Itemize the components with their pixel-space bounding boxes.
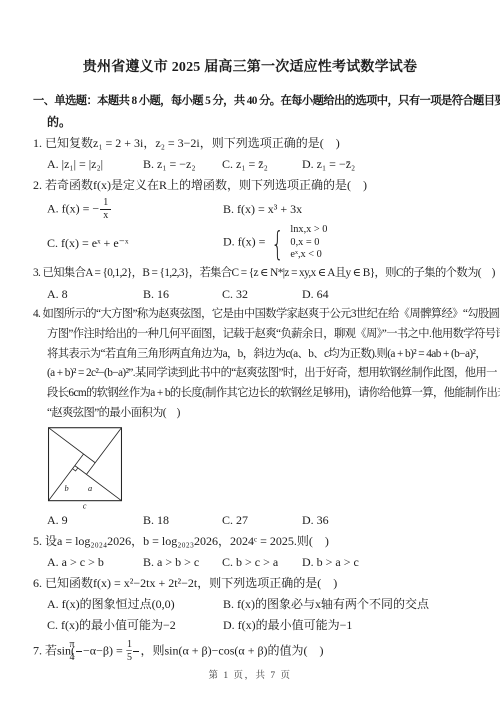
q4-option-d: D. 36 — [302, 510, 474, 531]
q6-option-b: B. f(x)的图象必与x轴有两个不同的交点 — [223, 594, 474, 615]
question-4-line2: 方图”作注时给出的一种几何平面图，记载于赵爽“负薪余日，聊观《周》”一书之中.他… — [47, 325, 474, 345]
q3-option-a: A. 8 — [47, 284, 143, 305]
question-2-options-cd: C. f(x) = eˣ + e⁻ˣ D. f(x) ={lnx,x > 00,… — [47, 223, 474, 263]
zhao-shuang-diagram-svg: b a c — [47, 426, 123, 510]
page-title: 贵州省遵义市 2025 届高三第一次适应性考试数学试卷 — [0, 0, 500, 78]
q6-option-a: A. f(x)的图象恒过点(0,0) — [47, 594, 223, 615]
q5-option-b: B. a > b > c — [143, 552, 222, 573]
question-7-text: 7. 若sin(π4−α−β) = −15，则sin(α + β)−cos(α … — [47, 639, 474, 664]
q1-option-d: D. z₁ = −z̄₂ — [302, 154, 474, 175]
q2-option-a: A. f(x) = −1x — [47, 197, 223, 222]
q1-option-b: B. z₁ = −z₂ — [143, 154, 222, 175]
leg-a-label: a — [88, 484, 92, 493]
question-1-text: 1. 已知复数z₁ = 2 + 3i，z₂ = 3−2i，则下列选项正确的是( … — [47, 133, 474, 154]
outer-square — [49, 428, 122, 501]
question-4-line3: 将其表示为“若直角三角形两直角边为a，b，斜边为c(a、b、c均为正数).则(a… — [47, 345, 474, 365]
exam-body: 一、单选题：本题共 8 小题，每小题 5 分，共 40 分。在每小题给出的选项中… — [0, 91, 500, 664]
question-5-text: 5. 设a = log₂₀₂₄2026，b = log₂₀₂₃2026，2024… — [47, 531, 474, 552]
page-footer: 第 1 页，共 7 页 — [0, 667, 500, 681]
hypotenuse-c-label: c — [83, 501, 87, 510]
q1-option-a: A. |z₁| = |z₂| — [47, 154, 143, 175]
zhao-shuang-diagram: b a c — [47, 426, 474, 510]
question-1-options: A. |z₁| = |z₂| B. z₁ = −z₂ C. z₁ = z̄₂ D… — [47, 154, 474, 175]
right-angle-mark — [73, 468, 78, 471]
q5-option-d: D. b > a > c — [302, 552, 474, 573]
q4-option-b: B. 18 — [143, 510, 222, 531]
section-header-line2: 的。 — [47, 112, 474, 133]
chord-line-2 — [86, 428, 121, 475]
q5-option-c: C. b > c > a — [222, 552, 302, 573]
q1-option-c: C. z₁ = z̄₂ — [222, 154, 302, 175]
chord-line-1 — [75, 465, 122, 500]
q3-option-b: B. 16 — [143, 284, 222, 305]
question-2-text: 2. 若奇函数f(x)是定义在R上的增函数，则下列选项正确的是( ) — [47, 175, 474, 196]
question-3-text: 3. 已知集合A = {0,1,2}，B = {1,2,3}，若集合C = {z… — [47, 263, 474, 284]
q2-option-c: C. f(x) = eˣ + e⁻ˣ — [47, 233, 223, 254]
q4-option-c: C. 27 — [222, 510, 302, 531]
question-4-line5: 段长6cm的软钢丝作为a + b的长度(制作其它边长的软钢丝足够用)，请你给他算… — [47, 384, 474, 404]
q6-option-c: C. f(x)的最小值可能为−2 — [47, 615, 223, 636]
q3-option-c: C. 32 — [222, 284, 302, 305]
question-6-text: 6. 已知函数f(x) = x²−2tx + 2t²−2t，则下列选项正确的是(… — [47, 573, 474, 594]
chord-line-4 — [49, 454, 84, 501]
q2-option-b: B. f(x) = x³ + 3x — [223, 199, 474, 220]
question-3-options: A. 8 B. 16 C. 32 D. 64 — [47, 284, 474, 305]
exam-paper-page: 贵州省遵义市 2025 届高三第一次适应性考试数学试卷 一、单选题：本题共 8 … — [0, 0, 500, 707]
question-5-options: A. a > c > b B. a > b > c C. b > c > a D… — [47, 552, 474, 573]
q3-option-d: D. 64 — [302, 284, 474, 305]
question-2-options-ab: A. f(x) = −1x B. f(x) = x³ + 3x — [47, 196, 474, 223]
q2-option-d: D. f(x) ={lnx,x > 00,x = 0eˣ,x < 0 — [223, 224, 474, 262]
chord-line-3 — [49, 428, 96, 463]
question-4-line6: “赵爽弦图”的最小面积为( ) — [47, 404, 474, 424]
question-6-options-cd: C. f(x)的最小值可能为−2 D. f(x)的最小值可能为−1 — [47, 615, 474, 636]
q4-option-a: A. 9 — [47, 510, 143, 531]
q6-option-d: D. f(x)的最小值可能为−1 — [223, 615, 474, 636]
question-4-options: A. 9 B. 18 C. 27 D. 36 — [47, 510, 474, 531]
leg-b-label: b — [64, 484, 68, 493]
question-6-options-ab: A. f(x)的图象恒过点(0,0) B. f(x)的图象必与x轴有两个不同的交… — [47, 594, 474, 615]
question-4-line4: (a + b)² = 2c²−(b−a)²”.某同学读到此书中的“赵爽弦图”时，… — [47, 364, 474, 384]
question-4-line1: 4. 如图所示的“大方图”称为赵爽弦图，它是由中国数学家赵爽于公元3世纪在给《周… — [47, 305, 474, 325]
q5-option-a: A. a > c > b — [47, 552, 143, 573]
section-header-line1: 一、单选题：本题共 8 小题，每小题 5 分，共 40 分。在每小题给出的选项中… — [47, 91, 474, 112]
